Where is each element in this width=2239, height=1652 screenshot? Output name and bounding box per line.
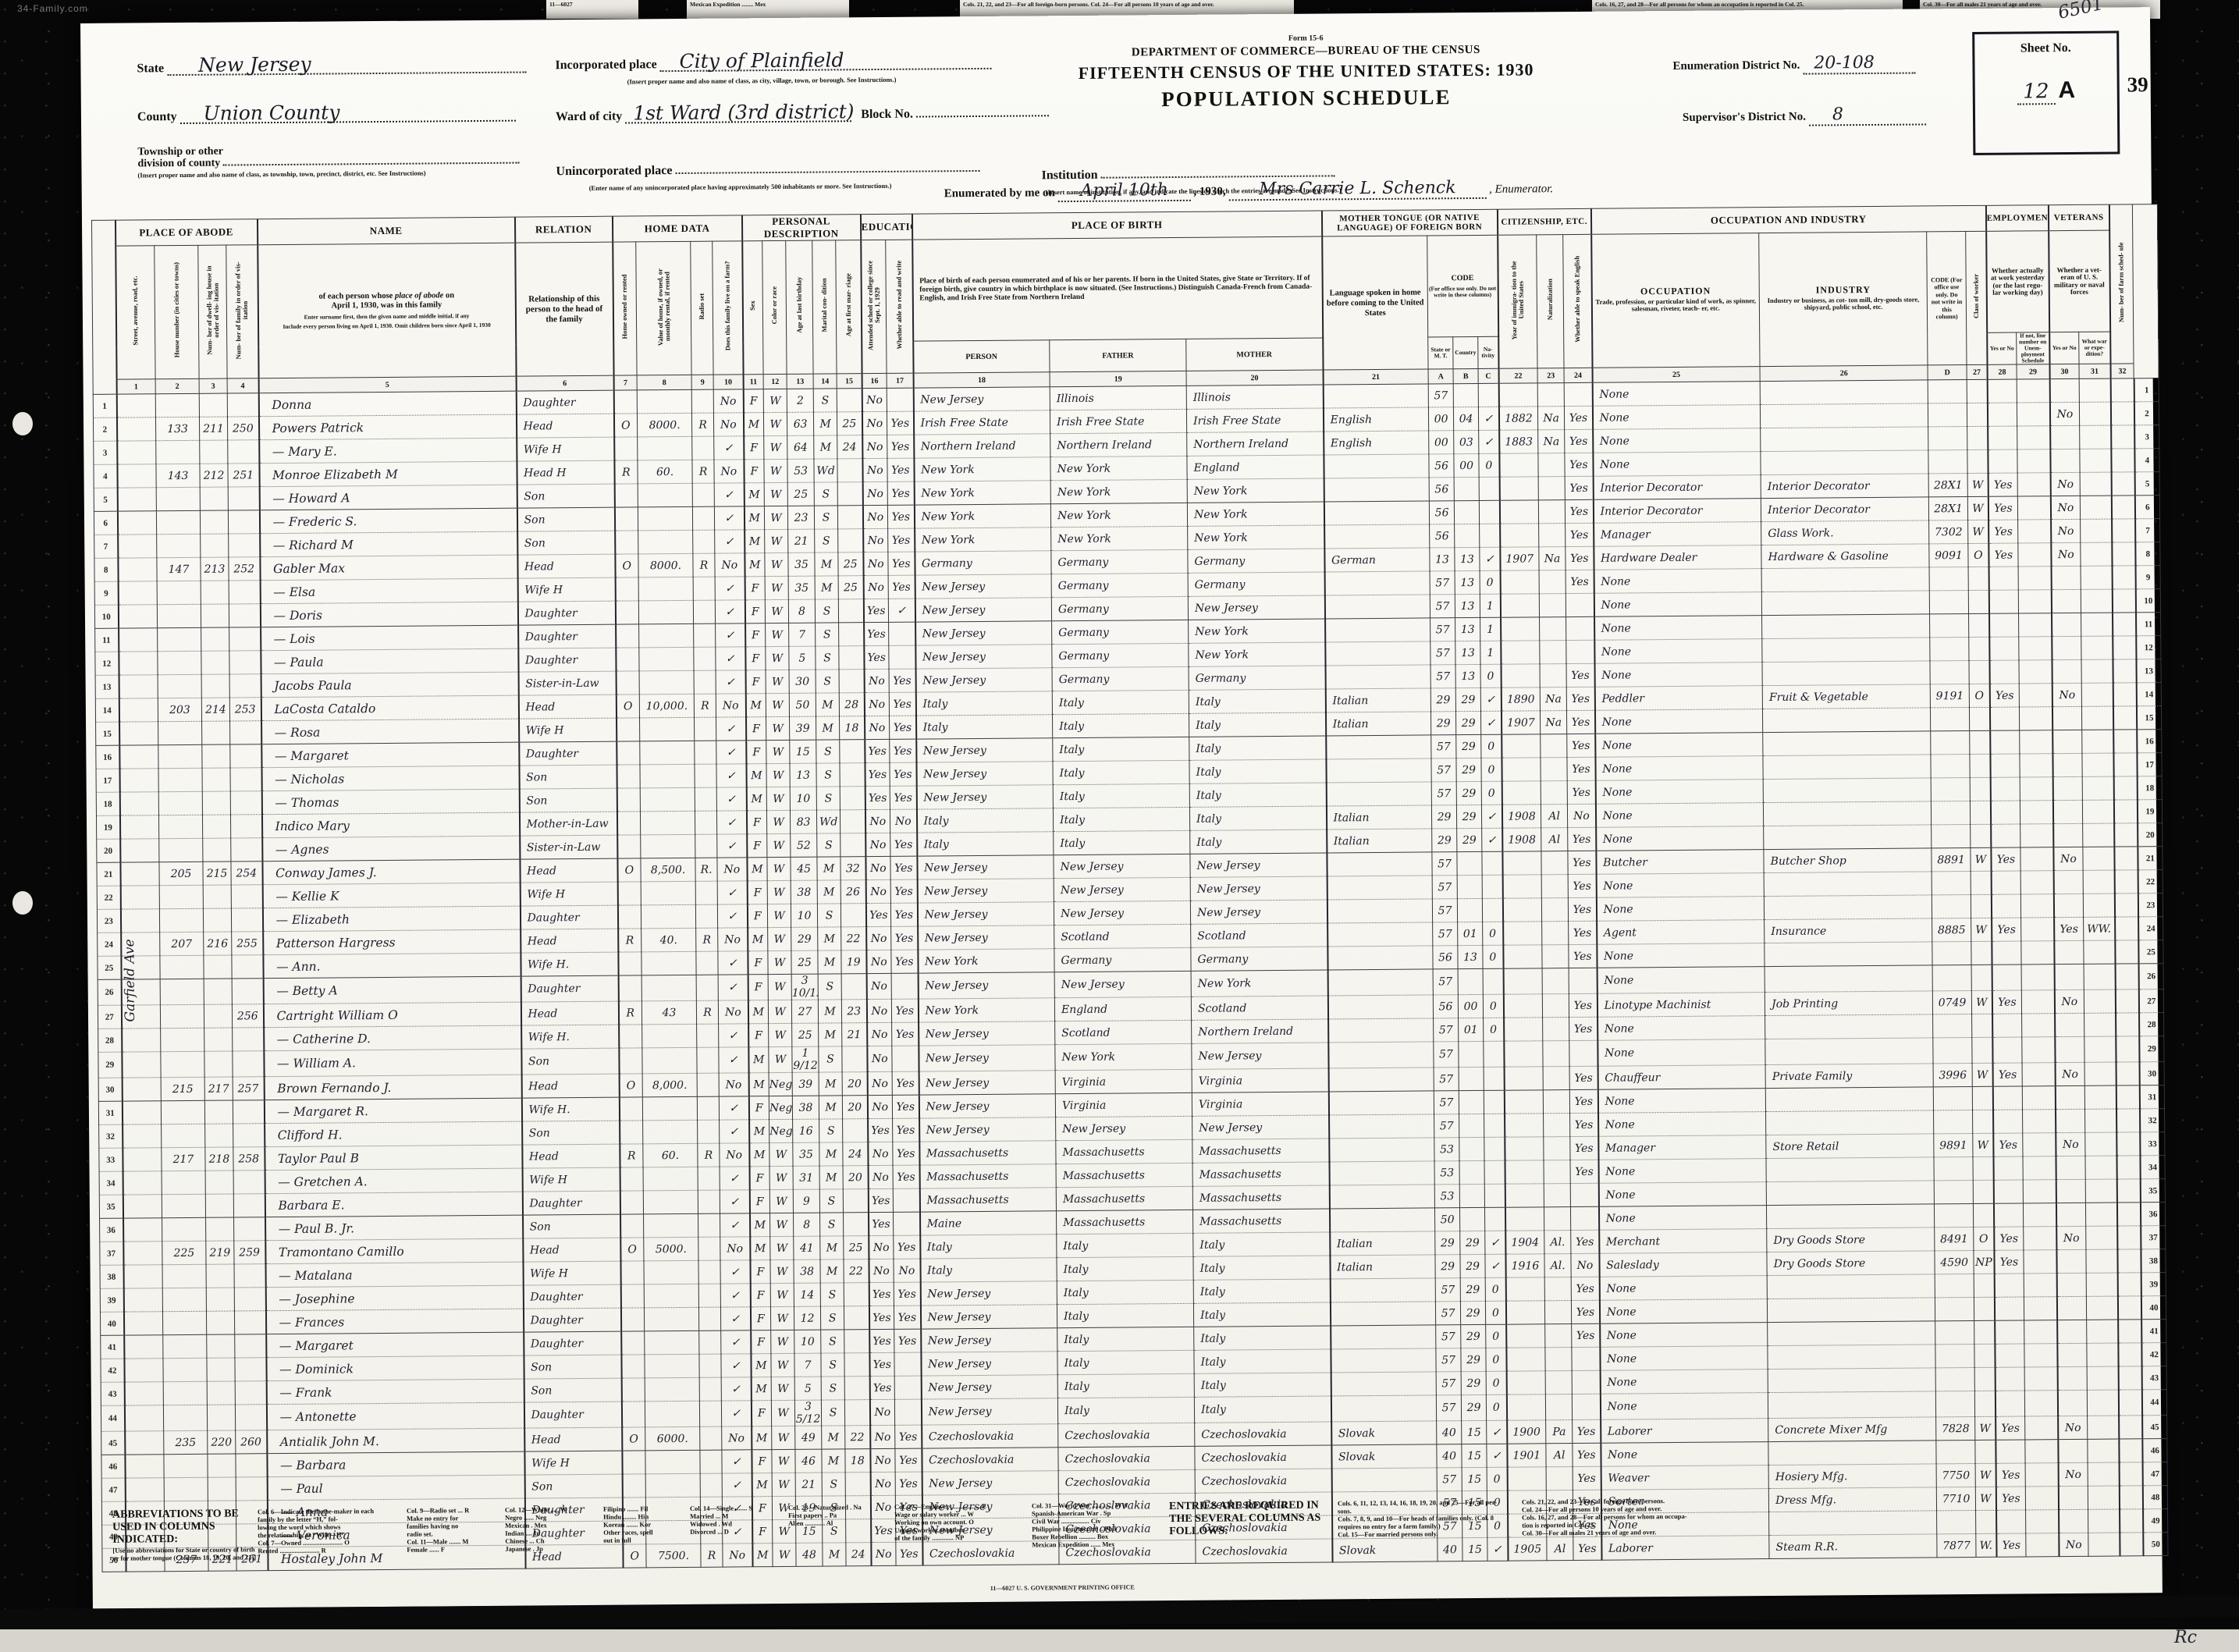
col-pob_person: New York [915,528,1051,552]
col-pob_mother: Italy [1194,1349,1331,1373]
col-at_work [1993,1156,2023,1180]
col-relation: Son [524,1355,621,1379]
col-code_b: 01 [1459,1018,1484,1041]
col-radio_set [697,1096,719,1120]
col-age: 7 [794,1353,821,1377]
col-naturalization [1539,570,1566,594]
column-number-2: 2 [155,378,199,393]
column-number-B: B [1453,368,1478,383]
col-speaks_english: Yes [1569,944,1597,968]
col-relation: Son [519,788,617,812]
col-pob_person: Italy [915,691,1052,716]
col-home_value [638,483,692,507]
col-attended_school: No [867,1095,892,1118]
footer-line: Divorced ... D [690,1527,776,1536]
col-unemployment_line [2020,801,2053,824]
col-war [2088,1462,2119,1486]
col-class_of_worker [1972,1014,1992,1037]
col-unemployment_line [2017,449,2050,473]
col-street [123,1242,162,1265]
col-code_a: 57 [1431,782,1456,805]
col-at_work [1996,1391,2025,1416]
col-read_write [892,1046,919,1071]
col-industry: Hosiery Mfg. [1768,1464,1936,1489]
col-pob_father: Italy [1057,1350,1194,1374]
col-home_owned [614,484,638,507]
col-at_work [1991,871,2020,894]
group-name: NAME [258,217,515,245]
col-farm_schedule [2113,753,2137,776]
column-number-19: 19 [1050,371,1186,386]
col-street [119,769,158,792]
line-number-right: 31 [2139,1085,2164,1109]
col-farm: No [714,460,744,483]
col-home_owned [614,437,638,460]
col-house_number [164,1454,208,1477]
col-farm_schedule [2119,1390,2142,1416]
col-age_first_marriage [844,1306,869,1330]
col-age_first_marriage [844,1213,869,1236]
strip-fragment: Mexican Expedition ........ Mex [687,0,849,19]
col-pob_father: New Jersey [1054,971,1191,997]
col-naturalization: Al. [1544,1254,1571,1277]
col-unemployment_line [2022,1086,2055,1110]
col-home_value [642,1096,697,1121]
col-age: 13 [790,763,816,787]
col-naturalization [1544,1207,1571,1231]
column-number-31: 31 [2079,364,2110,378]
col-war [2083,847,2114,870]
col-pob_person: Italy [916,715,1053,739]
col-code_c: ✓ [1478,407,1498,430]
column-number-D: D [1928,365,1967,380]
col-war [2086,1203,2117,1226]
col-pob_mother: Italy [1190,830,1327,854]
col-occupation: None [1594,592,1761,617]
col-code_b [1459,1160,1484,1184]
col-code_b: 13 [1455,617,1480,641]
line-number-right: 7 [2135,519,2160,542]
col-class_of_worker [1970,707,1990,730]
col-speaks_english: Yes [1566,570,1594,593]
census-title: FIFTEENTH CENSUS OF THE UNITED STATES: 1… [1001,59,1610,84]
column-number-24: 24 [1564,368,1592,382]
col-color_race: W [771,1400,794,1426]
col-pob_father: Massachusetts [1056,1186,1192,1210]
line-number-right: 41 [2141,1320,2166,1343]
col-family_number [231,885,262,908]
col-code_c [1484,1090,1504,1114]
col-farm: ✓ [715,600,745,623]
col-radio_set: R [698,1143,720,1167]
col-code_b: 29 [1456,781,1481,805]
col-immigration_year [1501,664,1540,687]
col-radio_set [700,1473,722,1497]
col-industry: Insurance [1765,918,1932,943]
col-industry [1764,872,1932,897]
line-number-right: 40 [2141,1296,2166,1320]
col-farm: ✓ [714,436,744,460]
col-code_b [1459,1137,1484,1160]
col-naturalization [1542,945,1569,968]
veterans-description: Whether a vet- eran of U. S. military or… [2049,230,2110,332]
col-class_of_worker [1970,754,1990,777]
col-pob_person: Czechoslovakia [922,1424,1058,1448]
col-mother_tongue [1326,782,1431,806]
col-unemployment_line [2023,1156,2056,1180]
col-farm: ✓ [717,904,747,928]
col-pob_person: New York [914,457,1050,481]
col-name: Tramontano Camillo [265,1238,523,1264]
col-occupation: None [1595,780,1763,805]
col-veteran: No [2058,1462,2088,1486]
col-home_value [638,436,692,460]
col-farm: ✓ [717,881,747,904]
col-pob_mother: New Jersey [1190,853,1327,877]
col-unemployment_line [2017,403,2050,426]
enumerated-prefix: Enumerated by me on [944,187,1055,200]
col-read_write: Yes [890,716,916,739]
col-pob_mother: Italy [1193,1232,1330,1256]
col-code_b: 29 [1456,734,1481,758]
col-read_write: Yes [887,505,914,528]
col-color_race: W [764,482,787,506]
col-attended_school: No [865,809,890,833]
col-mother_tongue [1331,1325,1436,1349]
col-unemployment_line [2025,1416,2058,1440]
col-home_value [641,881,695,905]
col-family_number [233,1051,264,1077]
state-value: New Jersey [167,55,526,76]
col-veteran [2051,589,2081,613]
col-class_of_worker [1974,1320,1995,1344]
col-sex: M [743,413,763,436]
col-age_first_marriage: 32 [841,857,865,880]
col-unemployment_line [2023,1180,2056,1203]
col-pob_father: Czechoslovakia [1058,1423,1195,1447]
col-occupation: Butcher [1596,850,1764,875]
col-veteran [2050,449,2080,472]
col-naturalization [1538,477,1565,500]
col-naturalization: Pa [1546,1420,1573,1444]
col-age_first_marriage [844,1353,869,1377]
col-farm: No [715,553,745,577]
col-code_c [1484,1137,1505,1160]
col-mother_tongue [1330,1302,1435,1326]
column-number-C: C [1478,368,1498,383]
col-class_of_worker [1974,1203,1994,1227]
col-code_c [1479,477,1499,500]
col-veteran [2054,964,2084,989]
col-sex: M [751,1377,771,1401]
line-number-right: 50 [2143,1533,2168,1556]
col-code_b: 04 [1453,407,1478,430]
col-attended_school: No [862,505,887,528]
col-immigration_year [1500,570,1539,594]
col-color_race: W [766,810,790,833]
department-line: DEPARTMENT OF COMMERCE—BUREAU OF THE CEN… [1001,43,1610,61]
col-class_of_worker: O [1969,684,1989,707]
col-naturalization: Al. [1544,1231,1571,1254]
col-home_owned: R [618,929,641,952]
col-attended_school: Yes [868,1188,893,1212]
col-industry [1768,1298,1935,1323]
col-veteran [2052,613,2081,636]
township-field: Township or other division of county (In… [137,143,574,179]
col-home_value: 10,000. [639,694,694,718]
col-farm_schedule [2116,1179,2140,1203]
col-sex: F [744,436,764,460]
col-age: 3 5/12 [794,1400,821,1426]
col-naturalization [1545,1394,1572,1420]
col-attended_school: Yes [869,1212,894,1235]
col-code_b: 15 [1462,1420,1487,1444]
col-speaks_english [1572,1370,1600,1394]
col-house_number [162,1124,205,1147]
col-age: 5 [789,646,816,670]
col-color_race: W [768,1000,791,1023]
line-number: 42 [101,1359,124,1382]
col-code_d: 7302 [1929,520,1968,544]
col-pob_mother: Northern Ireland [1187,432,1324,456]
col-age_first_marriage [838,599,863,623]
col-class_of_worker: NP [1974,1250,1994,1274]
col-read_write: Yes [891,926,918,950]
ward-value: 1st Ward (3rd district) [625,103,851,123]
column-number-A: A [1428,369,1453,384]
pob-mother-header: MOTHER [1186,338,1323,371]
col-naturalization: Al [1541,828,1568,851]
col-unemployment_line [2024,1344,2057,1367]
col-industry [1762,614,1930,639]
col-sex: F [749,1167,769,1190]
col-color_race: W [771,1353,794,1377]
col-occupation: None [1600,1299,1768,1324]
col-veteran [2049,378,2079,402]
col-at_work [1988,403,2017,426]
column-number-9: 9 [691,375,713,389]
col-age: 38 [791,880,817,904]
col-age_first_marriage [840,810,865,833]
col-house_number [163,1334,207,1358]
col-home_owned [621,1355,645,1378]
col-industry [1760,380,1928,405]
col-pob_mother: Italy [1193,1279,1330,1303]
col-occupation: None [1596,803,1764,828]
col-farm: ✓ [716,647,745,670]
col-industry [1768,1441,1936,1465]
col-farm: ✓ [720,1120,749,1143]
col-industry: Job Printing [1765,991,1932,1016]
col-marital: S [816,670,839,693]
line-number-right: 29 [2139,1036,2164,1062]
col-sex: F [745,623,766,647]
col-veteran [2056,1203,2086,1226]
col-war [2081,566,2112,589]
col-age: 31 [793,1166,819,1189]
col-speaks_english: Yes [1569,1089,1598,1113]
col-industry [1768,1345,1935,1370]
col-speaks_english [1572,1394,1600,1419]
col-at_work [1990,754,2020,777]
col-relation: Head [517,554,615,578]
col-mother_tongue [1326,735,1431,759]
col-immigration_year: 1882 [1499,407,1538,430]
line-number-right: 6 [2135,496,2160,519]
col-sex: F [746,741,766,764]
col-code_b: 03 [1454,430,1479,453]
col-pob_person: New Jersey [915,598,1051,622]
line-number: 30 [98,1078,122,1101]
col-attended_school: No [869,1259,894,1282]
col-farm: ✓ [721,1354,751,1377]
col-color_race: W [769,1166,793,1189]
group-veterans: VETERANS [2049,204,2109,231]
vet-war-header: What war or expe- dition? [2079,332,2110,364]
line-number-right: 42 [2141,1343,2166,1366]
col-attended_school: Yes [865,786,890,809]
col-pob_person: New York [914,481,1050,505]
col-pob_mother: Germany [1188,549,1324,573]
col-home_owned [615,531,638,554]
col-unemployment_line [2024,1320,2057,1344]
col-color_race: W [767,833,791,857]
column-number-20: 20 [1186,370,1323,385]
col-radio_set [698,1307,720,1330]
col-occupation: None [1597,967,1765,994]
col-home_value: 8000. [637,413,691,437]
col-family_number: 250 [227,417,258,440]
col-marital: M [817,880,841,904]
col-attended_school: No [862,481,887,505]
col-attended_school: No [865,833,890,856]
col-code_c [1484,1067,1504,1090]
col-attended_school: Yes [865,739,890,762]
col-pob_person: New Jersey [916,785,1053,809]
col-mother_tongue [1327,969,1433,996]
col-unemployment_line [2018,590,2051,613]
col-code_c: ✓ [1485,1231,1505,1254]
col-home_value [638,577,693,601]
column-number-1: 1 [116,379,155,394]
column-number-14: 14 [813,374,837,389]
line-number: 11 [95,628,119,652]
col-attended_school: Yes [864,645,889,669]
col-attended_school: Yes [869,1329,894,1352]
col-immigration_year [1498,383,1537,407]
col-class_of_worker [1967,449,1988,473]
col-industry [1764,895,1932,920]
col-name: — Paul B. Jr. [265,1215,523,1241]
col-home_value [641,834,695,858]
col-home_value [643,1120,698,1144]
col-language-header: Language spoken in home before coming to… [1322,236,1428,370]
col-code_b [1454,500,1479,524]
col-at_work [1992,965,2021,990]
film-watermark: 34-Family.com [17,3,88,14]
enumerated-line: Enumerated by me on April 10th , 1930, M… [944,177,1554,203]
col-mother_tongue [1328,1068,1434,1092]
col-attended_school: Yes [865,762,890,786]
col-name: — Kellie K [262,883,520,908]
col-radio_set [699,1377,721,1401]
col-age: 27 [791,1000,818,1023]
col-industry [1766,1110,1934,1135]
col-home_value [645,1354,699,1378]
col-home_owned [617,812,640,835]
col-pob_father: Italy [1057,1327,1194,1351]
col-dwelling_number [205,1194,233,1217]
col-immigration_year [1502,851,1541,875]
col-age: 10 [790,787,816,810]
col-home_owned [621,1402,645,1427]
col-street [122,1052,161,1078]
col-speaks_english: Yes [1565,476,1593,499]
col-war [2079,378,2110,402]
col-speaks_english [1564,382,1592,406]
col-owned-header: Home owned or rented [613,242,637,375]
col-code_a: 57 [1434,1042,1459,1068]
line-number: 39 [100,1288,123,1312]
col-industry: Store Retail [1766,1134,1934,1159]
col-farm: No [719,1073,748,1096]
col-age_first_marriage: 20 [842,1072,867,1096]
pob-father-header: FATHER [1050,339,1186,371]
col-street [116,417,155,441]
col-attended_school: No [870,1448,895,1472]
col-mother_tongue [1331,1395,1436,1422]
col-code-d-header: CODE (For office use only. Do not write … [1927,232,1967,365]
line-number-right: 3 [2134,425,2159,449]
col-color_race: W [763,389,787,412]
col-at_work: Yes [1988,496,2018,520]
col-name: Barbara E. [265,1192,522,1217]
col-age: 63 [787,412,813,435]
col-class_of_worker: W [1967,496,1988,520]
col-street [117,511,156,535]
col-speaks_english: Yes [1570,1160,1598,1183]
col-code_b [1459,1184,1484,1207]
col-relation: Wife H. [521,1097,619,1121]
col-pob_person: Italy [916,808,1053,833]
col-color_race: Neg [769,1072,792,1096]
line-number: 17 [96,769,119,792]
col-war [2084,1036,2116,1062]
col-house_number: 215 [161,1077,204,1100]
col-family_number: 260 [236,1430,267,1454]
column-number-21: 21 [1323,369,1428,385]
col-mother_tongue [1326,758,1431,783]
col-farm_schedule [2116,1156,2140,1179]
col-read_write: Yes [890,903,917,926]
col-code_c: 0 [1481,734,1502,758]
col-immigration_year: 1907 [1500,547,1539,570]
col-read_write: No [890,809,916,833]
col-street [118,535,157,558]
col-age: 2 [787,389,813,412]
col-sex: M [744,506,764,530]
col-farm_schedule [2113,706,2137,730]
col-radio_set: R [692,460,714,483]
sheet-label: Sheet No. [1974,41,2116,56]
col-farm_schedule [2113,659,2136,683]
col-radio_set [698,1120,720,1143]
vet-yes-no-header: Yes or No [2049,332,2079,364]
form-titles: Form 15-6 DEPARTMENT OF COMMERCE—BUREAU … [1001,32,1611,113]
col-marital: M [820,1259,844,1283]
col-radio_set [695,717,716,741]
col-veteran [2051,566,2081,589]
